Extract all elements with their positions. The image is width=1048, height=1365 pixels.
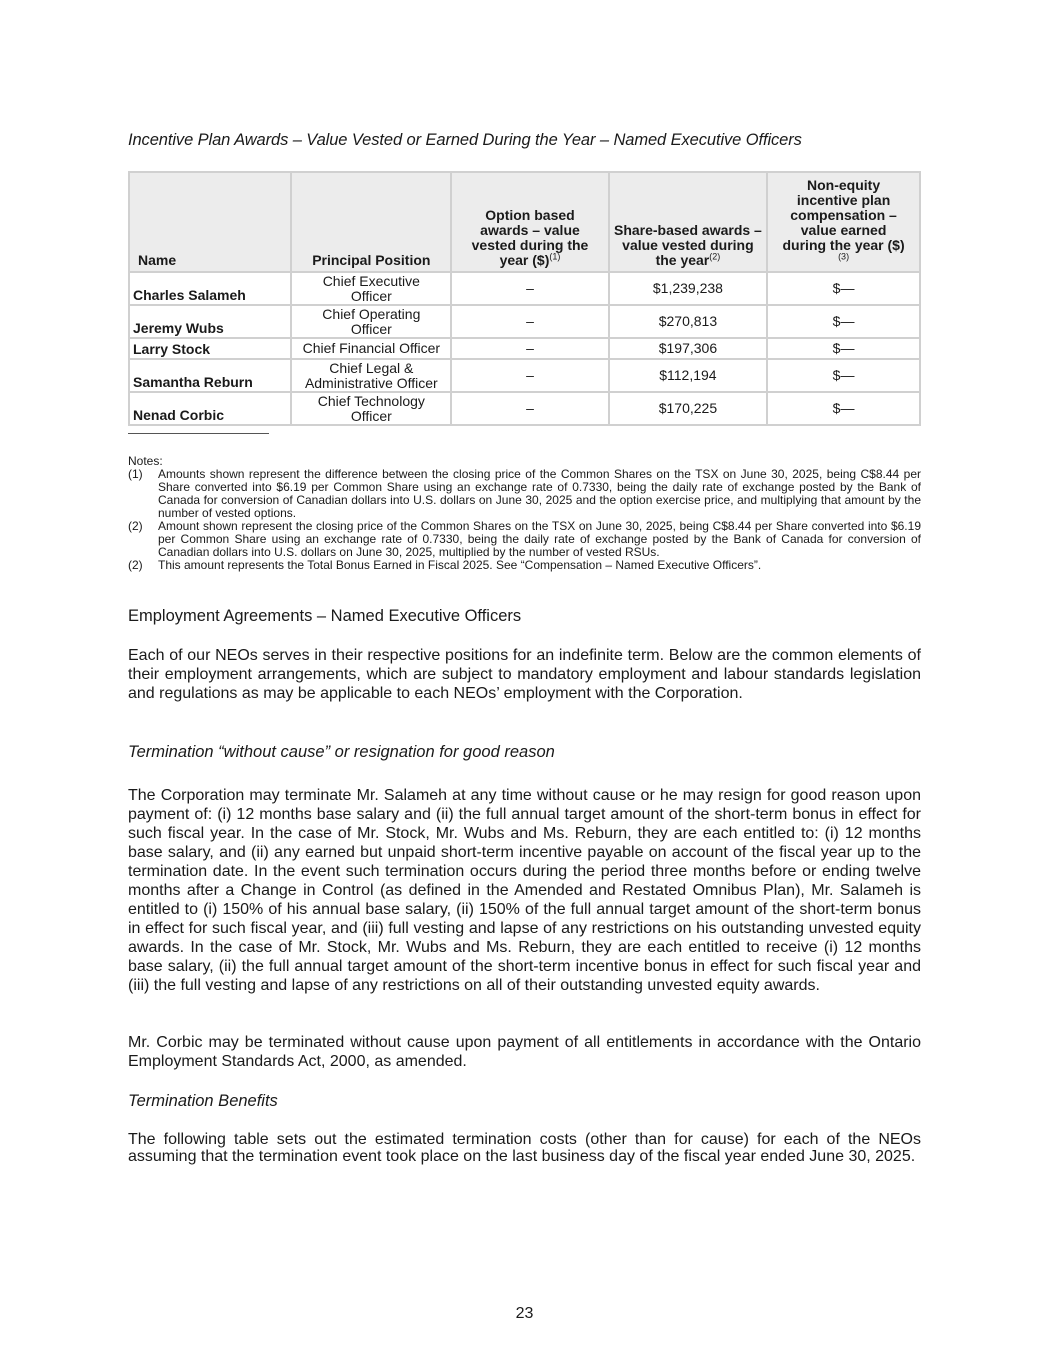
footnote-text: Amounts shown represent the difference b… xyxy=(158,468,921,520)
cell-share: $170,225 xyxy=(609,392,767,425)
cell-name: Samantha Reburn xyxy=(129,359,291,392)
cell-nonequity: $— xyxy=(767,305,920,338)
table-row: Charles Salameh Chief Executive Officer … xyxy=(129,272,920,305)
footnote-number: (2) xyxy=(128,520,158,559)
cell-share: $112,194 xyxy=(609,359,767,392)
cell-position: Chief Legal & Administrative Officer xyxy=(291,359,451,392)
footnote-divider xyxy=(128,433,269,434)
cell-name: Nenad Corbic xyxy=(129,392,291,425)
footnote-text: Amount shown represent the closing price… xyxy=(158,520,921,559)
footnote-item: (2) This amount represents the Total Bon… xyxy=(128,559,921,572)
page-number: 23 xyxy=(128,1305,921,1323)
header-share-awards: Share-based awards – value vested during… xyxy=(609,172,767,272)
cell-position: Chief Operating Officer xyxy=(291,305,451,338)
cell-position: Chief Technology Officer xyxy=(291,392,451,425)
cell-nonequity: $— xyxy=(767,392,920,425)
cell-option: – xyxy=(451,272,608,305)
cell-position: Chief Executive Officer xyxy=(291,272,451,305)
cell-nonequity: $— xyxy=(767,272,920,305)
table-row: Nenad Corbic Chief Technology Officer – … xyxy=(129,392,920,425)
cell-name: Larry Stock xyxy=(129,338,291,359)
cell-share: $270,813 xyxy=(609,305,767,338)
termination-heading: Termination “without cause” or resignati… xyxy=(128,743,555,762)
cell-nonequity: $— xyxy=(767,338,920,359)
benefits-heading: Termination Benefits xyxy=(128,1092,278,1111)
header-nonequity: Non-equity incentive plan compensation –… xyxy=(767,172,920,272)
cell-name: Charles Salameh xyxy=(129,272,291,305)
table-header-row: Name Principal Position Option based awa… xyxy=(129,172,920,272)
corbic-paragraph: Mr. Corbic may be terminated without cau… xyxy=(128,1033,921,1071)
cell-position: Chief Financial Officer xyxy=(291,338,451,359)
table-row: Larry Stock Chief Financial Officer – $1… xyxy=(129,338,920,359)
footnote-number: (2) xyxy=(128,559,158,572)
cell-option: – xyxy=(451,338,608,359)
table-row: Samantha Reburn Chief Legal & Administra… xyxy=(129,359,920,392)
cell-name: Jeremy Wubs xyxy=(129,305,291,338)
footnote-number: (1) xyxy=(128,468,158,520)
termination-paragraph: The Corporation may terminate Mr. Salame… xyxy=(128,786,921,995)
footnote-text: This amount represents the Total Bonus E… xyxy=(158,559,921,572)
incentive-awards-table: Name Principal Position Option based awa… xyxy=(128,171,921,426)
cell-nonequity: $— xyxy=(767,359,920,392)
cell-share: $1,239,238 xyxy=(609,272,767,305)
table-row: Jeremy Wubs Chief Operating Officer – $2… xyxy=(129,305,920,338)
footnotes: Notes: (1) Amounts shown represent the d… xyxy=(128,455,921,572)
header-name: Name xyxy=(129,172,291,272)
cell-option: – xyxy=(451,359,608,392)
header-option-awards: Option based awards – value vested durin… xyxy=(451,172,608,272)
table-title: Incentive Plan Awards – Value Vested or … xyxy=(128,131,802,150)
benefits-paragraph: The following table sets out the estimat… xyxy=(128,1131,921,1165)
cell-option: – xyxy=(451,305,608,338)
header-position: Principal Position xyxy=(291,172,451,272)
employment-paragraph: Each of our NEOs serves in their respect… xyxy=(128,646,921,703)
footnote-item: (2) Amount shown represent the closing p… xyxy=(128,520,921,559)
employment-heading: Employment Agreements – Named Executive … xyxy=(128,607,521,626)
footnote-item: (1) Amounts shown represent the differen… xyxy=(128,468,921,520)
cell-option: – xyxy=(451,392,608,425)
cell-share: $197,306 xyxy=(609,338,767,359)
